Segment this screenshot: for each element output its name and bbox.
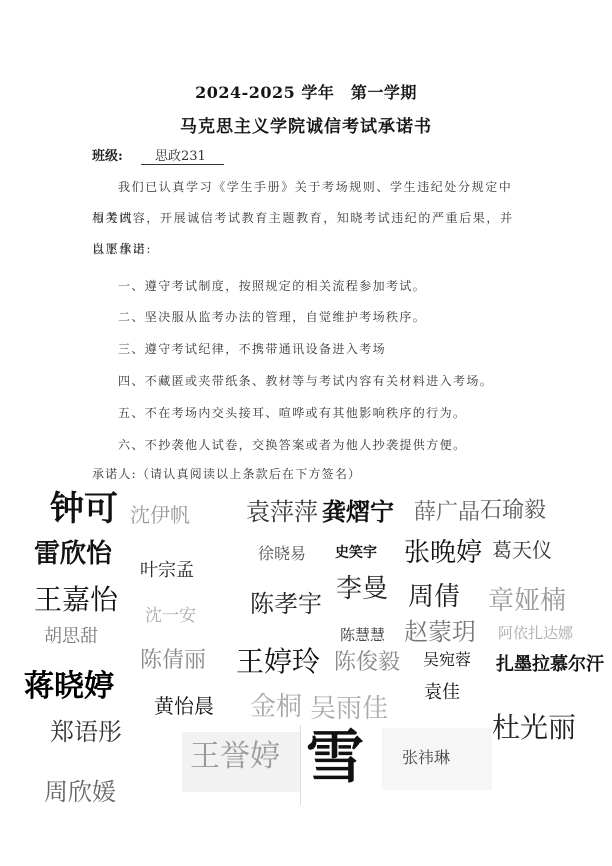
intro-line-3: 以下承诺: [92, 234, 522, 265]
signature: 周欣媛 [44, 780, 116, 804]
signature: 龚熠宁 [322, 500, 394, 524]
signature: 吴雨佳 [310, 696, 388, 722]
signature: 袁佳 [424, 684, 460, 702]
signature: 叶宗孟 [140, 562, 194, 580]
signature: 蒋晓婷 [24, 672, 114, 702]
pledge-item-4: 四、不藏匿或夹带纸条、教材等与考试内容有关材料进入考场。 [118, 372, 493, 389]
signature: 陈慧慧 [340, 628, 385, 643]
pledge-document: 2024-2025 学年 第一学期 马克思主义学院诚信考试承诺书 班级: 思政2… [0, 0, 612, 866]
signature: 金桐 [250, 694, 302, 720]
signature: 雪 [306, 728, 364, 786]
document-term-title: 2024-2025 学年 第一学期 [0, 80, 612, 103]
signature: 葛天仪 [492, 540, 552, 560]
pledge-item-5: 五、不在考场内交头接耳、喧哗或有其他影响秩序的行为。 [118, 404, 466, 421]
pledger-label: 承诺人:（请认真阅读以上条款后在下方签名） [92, 465, 361, 482]
document-title: 马克思主义学院诚信考试承诺书 [0, 112, 612, 137]
pledge-item-2: 二、坚决服从监考办法的管理，自觉维护考场秩序。 [118, 308, 426, 325]
signature: 章娅楠 [488, 588, 566, 614]
signature: 陈倩丽 [140, 650, 206, 672]
signature: 郑语彤 [50, 720, 122, 744]
signature: 阿依扎达娜 [498, 626, 573, 641]
signature: 陈孝宇 [250, 592, 322, 616]
signature: 徐晓易 [258, 546, 306, 562]
signature: 陈俊毅 [334, 652, 400, 674]
class-label: 班级: [92, 149, 123, 164]
signature: 周倩 [408, 584, 460, 610]
signature: 胡思甜 [44, 628, 98, 646]
class-value: 思政231 [141, 149, 224, 165]
signature: 吴宛蓉 [423, 652, 471, 668]
signature: 史笑宇 [335, 546, 377, 560]
signature: 赵蒙玥 [404, 620, 476, 644]
signature: 沈伊帆 [130, 505, 190, 525]
signature-paste-edge [300, 725, 301, 805]
pledge-item-6: 六、不抄袭他人试卷，交换答案或者为他人抄袭提供方便。 [118, 436, 466, 453]
pledge-item-3: 三、遵守考试纪律，不携带通讯设备进入考场 [118, 340, 386, 357]
class-field: 班级: 思政231 [92, 145, 224, 165]
pledge-item-1: 一、遵守考试制度，按照规定的相关流程参加考试。 [118, 277, 426, 294]
signature: 李曼 [336, 576, 388, 602]
signature: 袁萍萍 [246, 500, 318, 524]
signature: 王婷玲 [236, 648, 320, 676]
signature: 石瑜毅 [480, 500, 546, 522]
signature: 薛广晶 [414, 502, 480, 524]
signature: 钟可 [50, 492, 118, 526]
signature: 张晚婷 [404, 540, 482, 566]
signature: 沈一安 [145, 608, 196, 625]
signature: 王嘉怡 [34, 586, 118, 614]
signature: 黄怡晨 [154, 696, 214, 716]
signature: 扎墨拉慕尔汗 [496, 656, 604, 674]
signature: 杜光丽 [492, 714, 576, 742]
signature: 王誉婷 [190, 742, 280, 772]
signature: 雷欣怡 [34, 541, 112, 567]
signature: 张祎琳 [402, 750, 450, 766]
